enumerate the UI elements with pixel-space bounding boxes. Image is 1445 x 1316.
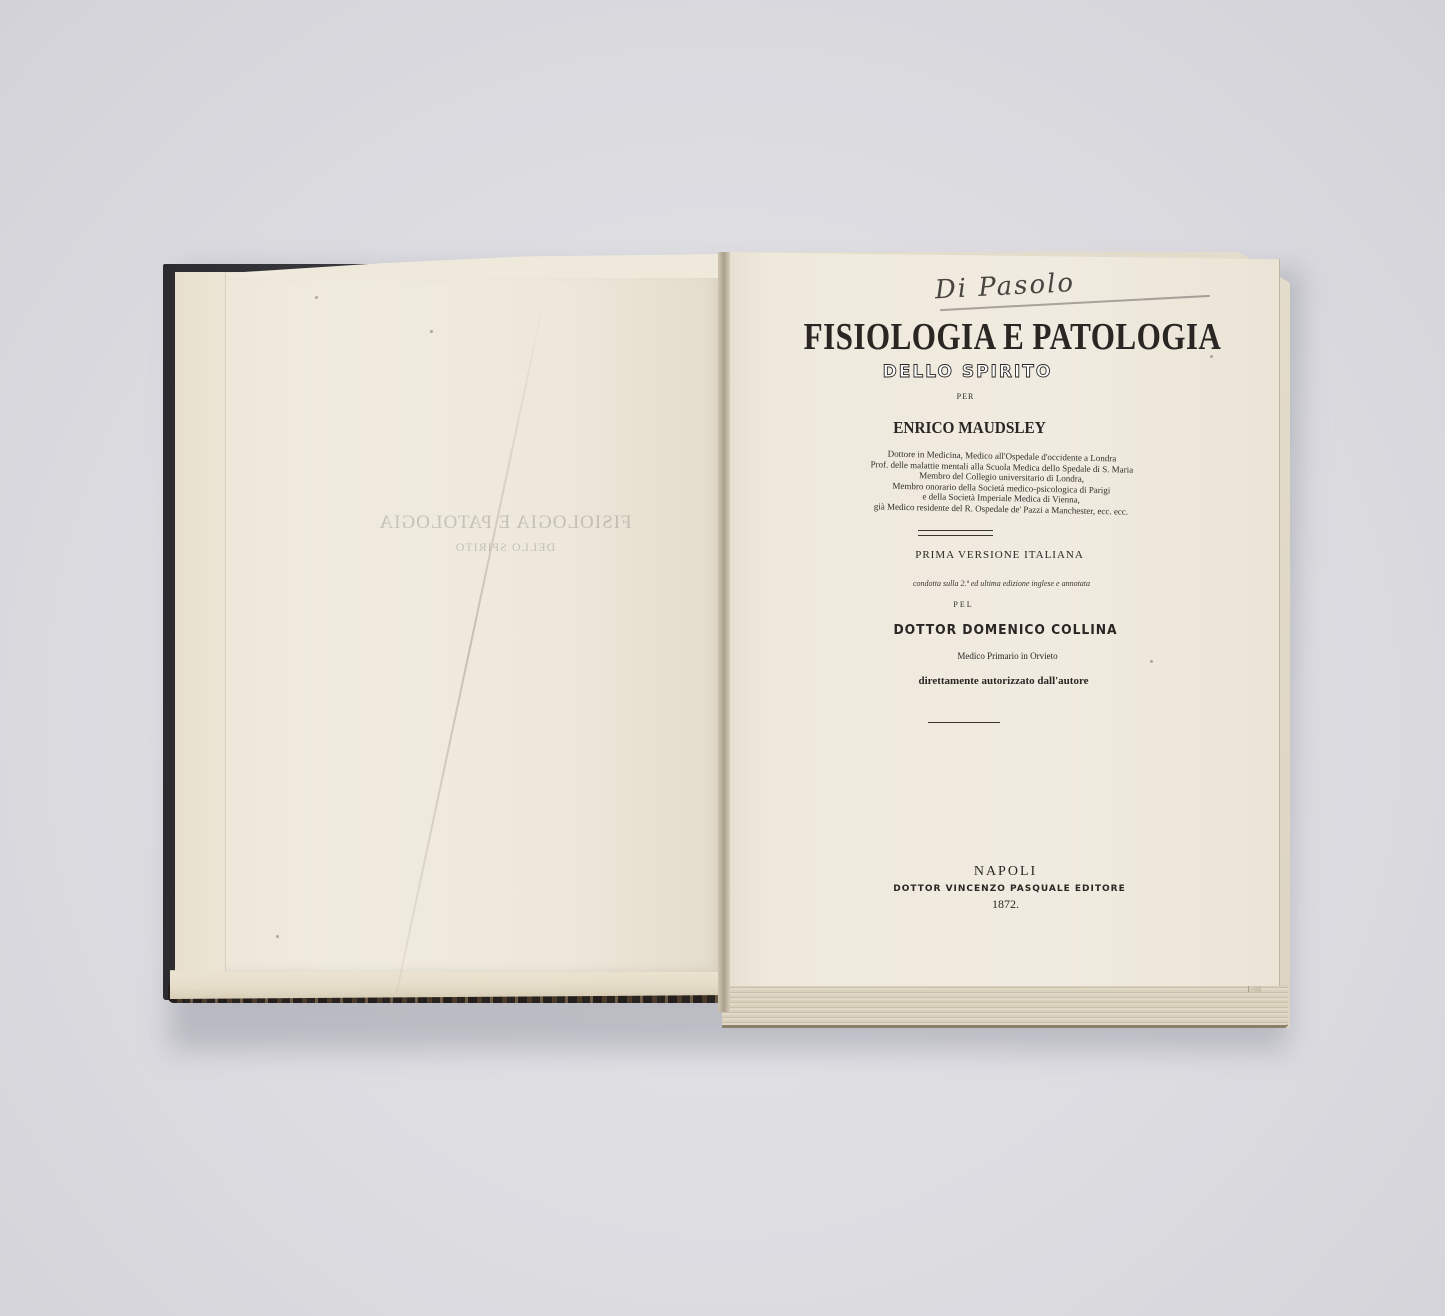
photo-scene: FISIOLOGIA E PATOLOGIA DELLO SPIRITO Di … [0, 0, 1445, 1316]
left-endpaper-strip [175, 272, 226, 972]
imprint-year: 1872. [728, 897, 1283, 912]
author-credentials: Dottore in Medicina, Medico all'Ospedale… [723, 445, 1279, 520]
show-through-title: FISIOLOGIA E PATOLOGIA [370, 512, 640, 534]
by-label: PER [688, 392, 1243, 401]
edition-statement: PRIMA VERSIONE ITALIANA [722, 549, 1277, 561]
ornamental-double-rule [918, 530, 993, 536]
imprint-publisher: DOTTOR VINCENZO PASQUALE EDITORE [732, 884, 1287, 894]
book-title: FISIOLOGIA E PATOLOGIA [785, 315, 1240, 359]
imprint-city: NAPOLI [728, 864, 1283, 880]
paper-foxing-spot [276, 935, 279, 938]
right-page-block-bottom [722, 985, 1288, 1028]
translator-role: Medico Primario in Orvieto [730, 651, 1285, 661]
authorization-note: direttamente autorizzato dall'autore [726, 675, 1281, 687]
paper-foxing-spot [430, 330, 433, 333]
single-rule [928, 722, 1000, 723]
edition-note: condotta sulla 2.ª ed ultima edizione in… [724, 579, 1279, 588]
paper-foxing-spot [315, 296, 318, 299]
translator-by-label: PEL [686, 600, 1241, 609]
author-name: ENRICO MAUDSLEY [720, 418, 1220, 438]
translator-name: DOTTOR DOMENICO COLLINA [742, 623, 1269, 638]
show-through-subtitle: DELLO SPIRITO [370, 540, 640, 555]
book-subtitle: DELLO SPIRITO [690, 362, 1245, 382]
left-flyleaf-page [175, 272, 723, 972]
show-through-text: FISIOLOGIA E PATOLOGIA DELLO SPIRITO [370, 512, 640, 555]
paper-foxing-spot [1150, 660, 1153, 663]
paper-foxing-spot [1210, 355, 1213, 358]
